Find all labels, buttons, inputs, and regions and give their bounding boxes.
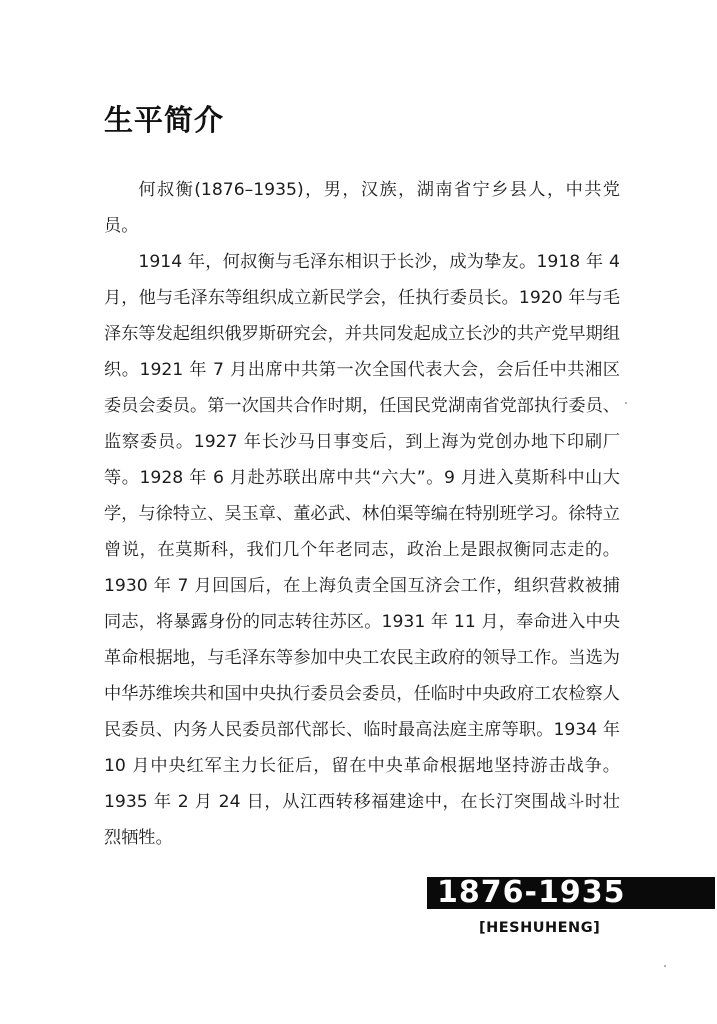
biography-text: 何叔衡(1876–1935)，男，汉族，湖南省宁乡县人，中共党员。 1914 年…	[104, 172, 620, 856]
scan-speck	[664, 965, 666, 967]
page-title: 生平简介	[104, 98, 224, 139]
intro-paragraph: 何叔衡(1876–1935)，男，汉族，湖南省宁乡县人，中共党员。	[104, 172, 620, 244]
date-range-banner: 1876-1935	[427, 877, 715, 909]
date-range-text: 1876-1935	[437, 874, 625, 912]
scan-speck	[625, 402, 627, 404]
biography-paragraph: 1914 年，何叔衡与毛泽东相识于长沙，成为挚友。1918 年 4 月，他与毛泽…	[104, 244, 620, 856]
name-tag: [HESHUHENG]	[479, 920, 600, 936]
